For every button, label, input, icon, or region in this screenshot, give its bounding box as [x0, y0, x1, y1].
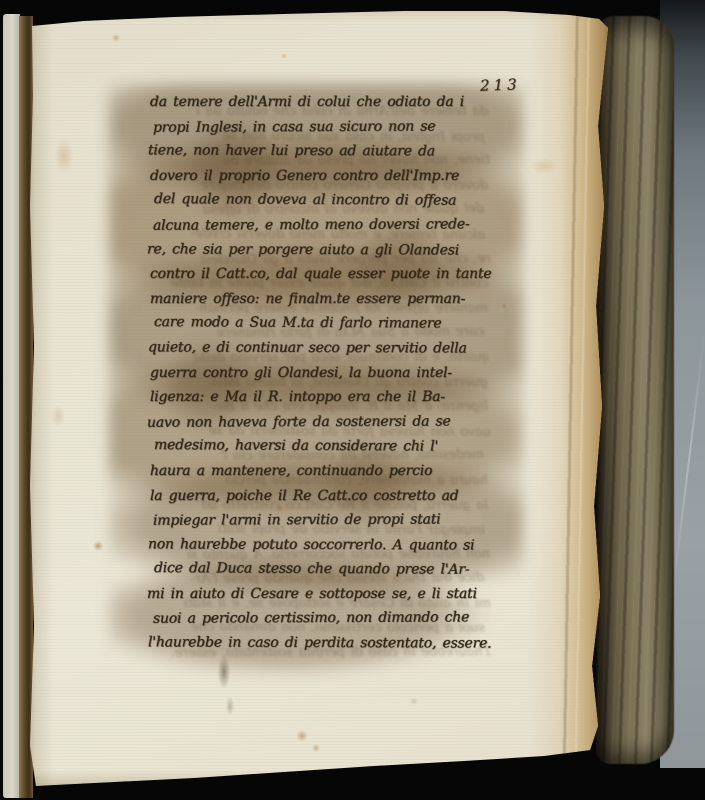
foxing-spots [24, 6, 614, 788]
page-stack-fore-edge [596, 16, 674, 764]
manuscript-scan: da temere dell'Armi di colui che odiato … [0, 0, 705, 800]
manuscript-page: da temere dell'Armi di colui che odiato … [24, 6, 614, 788]
facing-page-sliver [3, 14, 20, 798]
binding-gutter [19, 16, 33, 798]
